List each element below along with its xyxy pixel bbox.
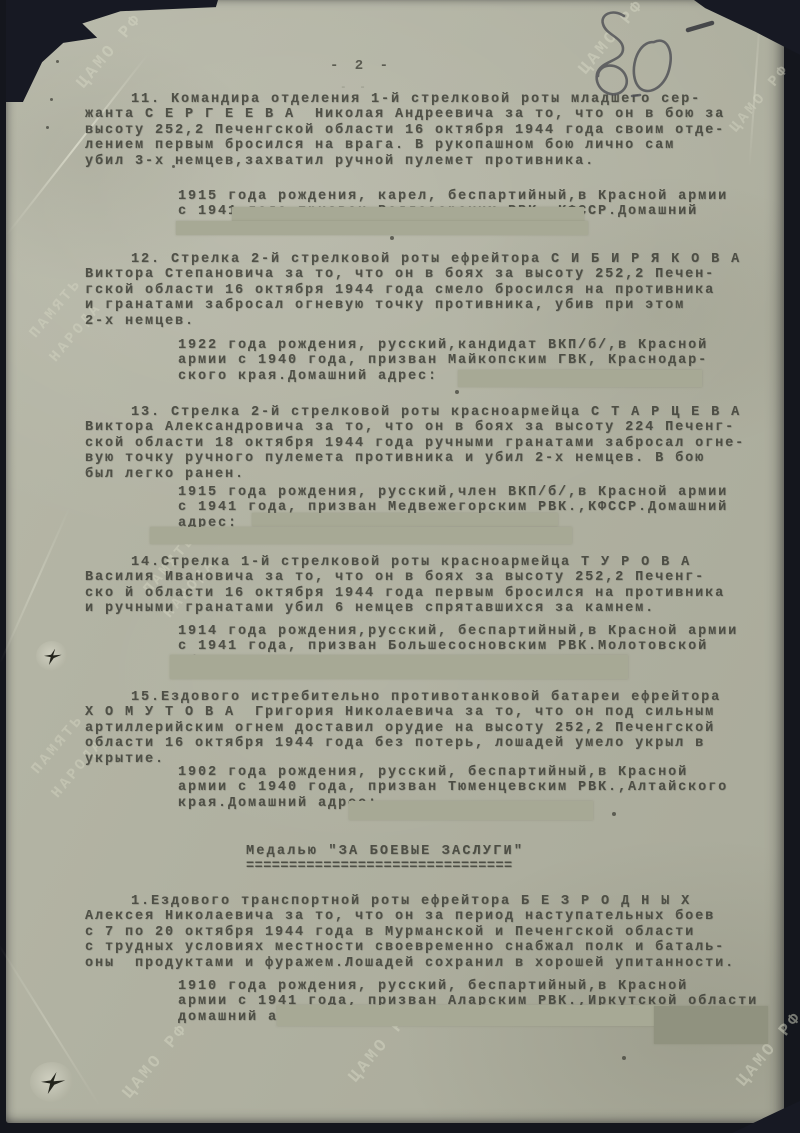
citation-line: артиллерийским огнем доставил орудие на … [85,721,721,736]
paper-hole [36,641,68,671]
bio-line: армии с 1940 года, призван Тюменцевским … [178,780,728,795]
citation-line: Виктора Александровича за то, что он в б… [85,420,745,435]
bio-line: 1915 года рождения, русский,член ВКП/б/,… [178,485,728,500]
ink-dot [612,812,616,816]
citation-line: гской области 16 октября 1944 года смело… [85,283,741,298]
section-heading-underline: =============================== [246,859,524,874]
paper-crease [0,507,70,663]
citation-line: Алексея Николаевича за то, что он за пер… [85,909,735,924]
citation-line: Виктора Степановича за то, что он в боях… [85,267,741,282]
ink-dot [390,236,394,240]
medal-section-heading: Медалью "ЗА БОЕВЫЕ ЗАСЛУГИ" ============… [246,844,524,875]
redaction-block [277,1005,669,1026]
citation-line: Х О М У Т О В А Григория Николаевича за … [85,705,721,720]
citation-line: ско й области 16 октября 1944 года первы… [85,586,725,601]
watermark-archive: ЦАМО РФ [119,1020,193,1103]
watermark-memory: ПАМЯТЬ [26,275,85,341]
section-heading: Медалью "ЗА БОЕВЫЕ ЗАСЛУГИ" [246,844,524,859]
citation-line: вую точку ручного пулемета противника и … [85,451,745,466]
paper-sheet: ЦАМО РФ ЦАМО РФ ЦАМО РФ ПАМЯТЬ НАРОДА ПА… [6,0,784,1123]
bio-line: 1922 года рождения, русский,кандидат ВКП… [178,338,708,353]
redaction-block [654,1006,768,1044]
citation-line: лением первым бросился на врага. В рукоп… [85,138,725,153]
redaction-block [252,513,558,526]
award-entry-12: 12. Стрелка 2-й стрелковой роты ефрейтор… [85,252,741,329]
watermark-archive: ЦАМО РФ [726,61,793,136]
bio-line: 1915 года рождения, карел, беспартийный,… [178,189,728,204]
pencil-number-drawing [572,6,722,116]
page-number: - 2 - [330,58,392,74]
citation-line: ской области 18 октября 1944 года ручным… [85,436,745,451]
citation-line: высоту 252,2 Печенгской области 16 октяб… [85,123,725,138]
paper-hole [30,1062,74,1102]
redaction-block [232,207,584,222]
citation-line: и гранатами забросал огневую точку проти… [85,298,741,313]
bio-line: с 1941 года, призван Большесосновским РВ… [178,639,738,654]
citation-line: 13. Стрелка 2-й стрелковой роты красноар… [85,405,745,420]
citation-line: оны продуктами и фуражем.Лошадей сохрани… [85,956,735,971]
redaction-block [170,655,628,679]
citation-line: и ручными гранатами убил 6 немцев спрята… [85,601,725,616]
handwritten-page-number: 80 [572,6,722,116]
paper-speck [50,98,53,101]
torn-corner-bottom-right [732,1098,800,1133]
paper-speck [172,165,175,168]
bio-line: 1910 года рождения, русский, беспартийны… [178,979,758,994]
citation-line: с 7 по 20 октября 1944 года в Мурманской… [85,925,735,940]
citation-line: 2-х немцев. [85,314,741,329]
bio-line: армии с 1940 года, призван Майкопским ГВ… [178,353,708,368]
citation-line: 1.Ездового транспортной роты ефрейтора Б… [85,894,735,909]
ink-dot [455,390,459,394]
award-entry-15: 15.Ездового истребительно противотанково… [85,690,721,767]
redaction-block [458,370,702,387]
redaction-block [349,801,593,820]
award-entry-14: 14.Стрелка 1-й стрелковой роты красноарм… [85,555,725,617]
ink-dot [622,1056,626,1060]
scanned-document-page: ЦАМО РФ ЦАМО РФ ЦАМО РФ ПАМЯТЬ НАРОДА ПА… [0,0,800,1133]
citation-line: 14.Стрелка 1-й стрелковой роты красноарм… [85,555,725,570]
citation-line: с трудных условиях местности своевременн… [85,940,735,955]
citation-line: 12. Стрелка 2-й стрелковой роты ефрейтор… [85,252,741,267]
bio-line: 1914 года рождения,русский, беспартийный… [178,624,738,639]
citation-line: 15.Ездового истребительно противотанково… [85,690,721,705]
paper-speck [46,126,49,129]
torn-corner-top-left [6,0,218,102]
paper-speck [56,60,59,63]
redaction-block [176,221,588,235]
award-entry-13: 13. Стрелка 2-й стрелковой роты красноар… [85,405,745,482]
award-entry-1: 1.Ездового транспортной роты ефрейтора Б… [85,894,735,971]
citation-line: убил 3-х немцев,захватил ручной пулемет … [85,154,725,169]
bio-line: 1902 года рождения, русский, беспартийны… [178,765,728,780]
redaction-block [150,527,572,544]
citation-line: области 16 октября 1944 года без потерь,… [85,736,721,751]
citation-line: был легко ранен. [85,467,745,482]
citation-line: Василия Ивановича за то, что он в боях з… [85,570,725,585]
watermark-memory: ПАМЯТЬ [28,711,87,777]
